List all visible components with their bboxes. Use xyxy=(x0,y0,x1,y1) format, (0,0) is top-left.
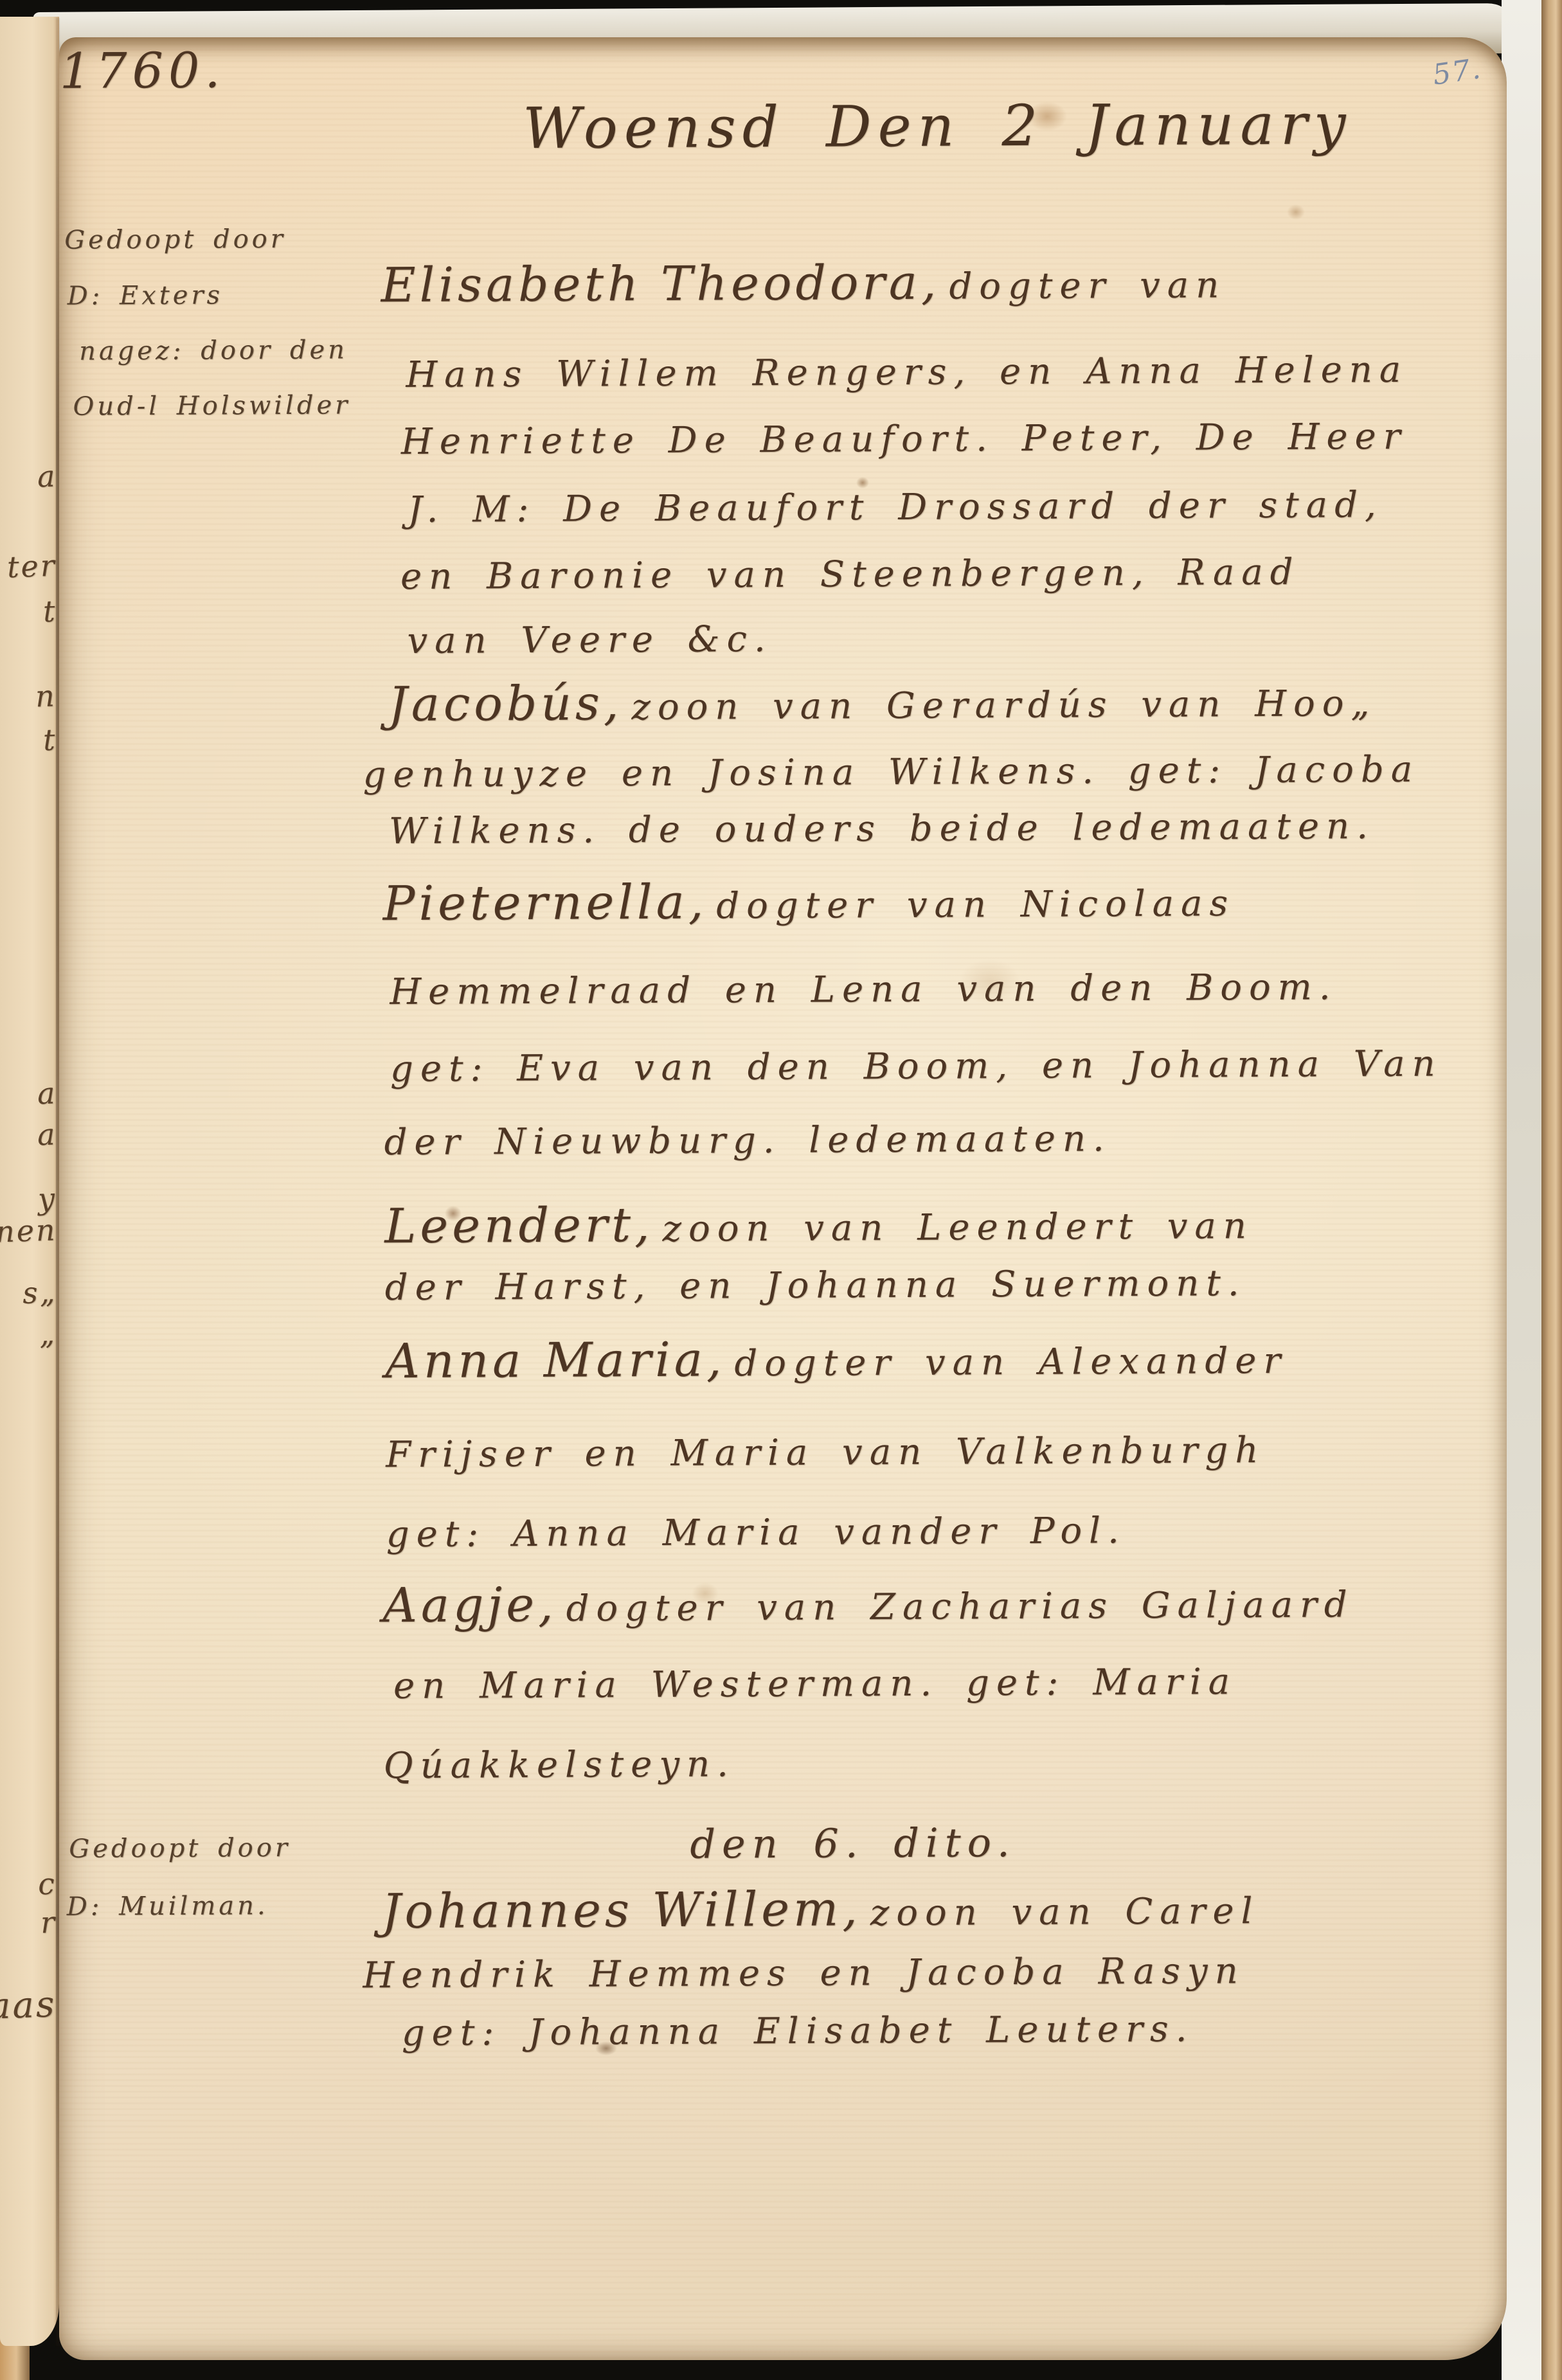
entry-line: Aagje,dogter van Zacharias Galjaard xyxy=(382,1573,1354,1633)
entry-line: der Harst, en Johanna Suermont. xyxy=(385,1262,1246,1309)
entry-child-name: Pieternella, xyxy=(382,875,707,932)
margin-note-baptized-by: Gedoopt door xyxy=(64,224,286,255)
margin-note-reviewer: Oud-l Holswilder xyxy=(73,390,350,421)
margin-note-reviewed-by: nagez: door den xyxy=(79,336,348,366)
entry-line: van Veere &c. xyxy=(407,618,773,662)
entry-child-name: Aagje, xyxy=(382,1577,557,1633)
section-date-header: den 6. dito. xyxy=(690,1819,1016,1868)
entry-child-name: Elisabeth Theodora, xyxy=(381,255,940,314)
entry-line: Leendert,zoon van Leendert van xyxy=(384,1194,1253,1254)
page-number: 57. xyxy=(1431,52,1484,91)
entry-line: genhuyze en Josina Wilkens. get: Jacoba xyxy=(363,749,1419,796)
handwriting-layer: 1760. Woensd Den 2 January 57. Gedoopt d… xyxy=(0,0,1562,2380)
margin-note-minister: D: Exters xyxy=(67,281,224,311)
entry-line-text: zoon van Gerardús van Hoo„ xyxy=(631,683,1376,728)
entry-line-text: dogter van Alexander xyxy=(734,1340,1288,1385)
entry-line: Hans Willem Rengers, en Anna Helena xyxy=(406,349,1408,396)
entry-line: der Nieuwburg. ledemaaten. xyxy=(384,1118,1111,1163)
entry-line: Pieternella,dogter van Nicolaas xyxy=(382,872,1235,931)
entry-line: Frijser en Maria van Valkenburgh xyxy=(386,1429,1266,1476)
entry-line: get: Eva van den Boom, en Johanna Van xyxy=(390,1043,1442,1091)
entry-line: en Baronie van Steenbergen, Raad xyxy=(400,551,1300,598)
entry-line: Elisabeth Theodora,dogter van xyxy=(381,253,1226,313)
entry-line-text: zoon van Carel xyxy=(870,1890,1260,1934)
entry-line-text: dogter van Nicolaas xyxy=(716,882,1235,927)
entry-line: Johannes Willem,zoon van Carel xyxy=(382,1879,1260,1939)
entry-child-name: Jacobús, xyxy=(388,676,623,732)
entry-line: Henriette De Beaufort. Peter, De Heer xyxy=(401,416,1408,463)
entry-line: en Maria Westerman. get: Maria xyxy=(393,1661,1237,1707)
manuscript-scan: a ter t n t a a y nen s„ „ c r aas 1760.… xyxy=(0,0,1562,2380)
entry-line: Wilkens. de ouders beide ledemaaten. xyxy=(389,805,1375,852)
entry-child-name: Anna Maria, xyxy=(385,1332,725,1389)
entry-line: Anna Maria,dogter van Alexander xyxy=(385,1329,1288,1389)
entry-line: get: Johanna Elisabet Leuters. xyxy=(402,2009,1194,2054)
entry-line-text: dogter van Zacharias Galjaard xyxy=(566,1584,1354,1629)
entry-line: Hemmelraad en Lena van den Boom. xyxy=(390,966,1338,1013)
margin-note-minister: D: Muilman. xyxy=(67,1891,269,1922)
entry-line: J. M: De Beaufort Drossard der stad, xyxy=(408,484,1383,531)
entry-line-text: dogter van xyxy=(949,264,1226,307)
page-date-header: Woensd Den 2 January xyxy=(523,91,1352,161)
entry-line: get: Anna Maria vander Pol. xyxy=(386,1510,1126,1555)
entry-line-text: zoon van Leendert van xyxy=(662,1205,1253,1250)
entry-line: Qúakkelsteyn. xyxy=(384,1743,736,1787)
entry-line: Jacobús,zoon van Gerardús van Hoo„ xyxy=(388,672,1377,732)
margin-note-baptized-by: Gedoopt door xyxy=(69,1833,291,1864)
entry-line: Hendrik Hemmes en Jacoba Rasyn xyxy=(363,1950,1245,1996)
entry-child-name: Leendert, xyxy=(384,1197,654,1254)
year-label: 1760. xyxy=(60,42,226,100)
entry-child-name: Johannes Willem, xyxy=(382,1881,861,1939)
